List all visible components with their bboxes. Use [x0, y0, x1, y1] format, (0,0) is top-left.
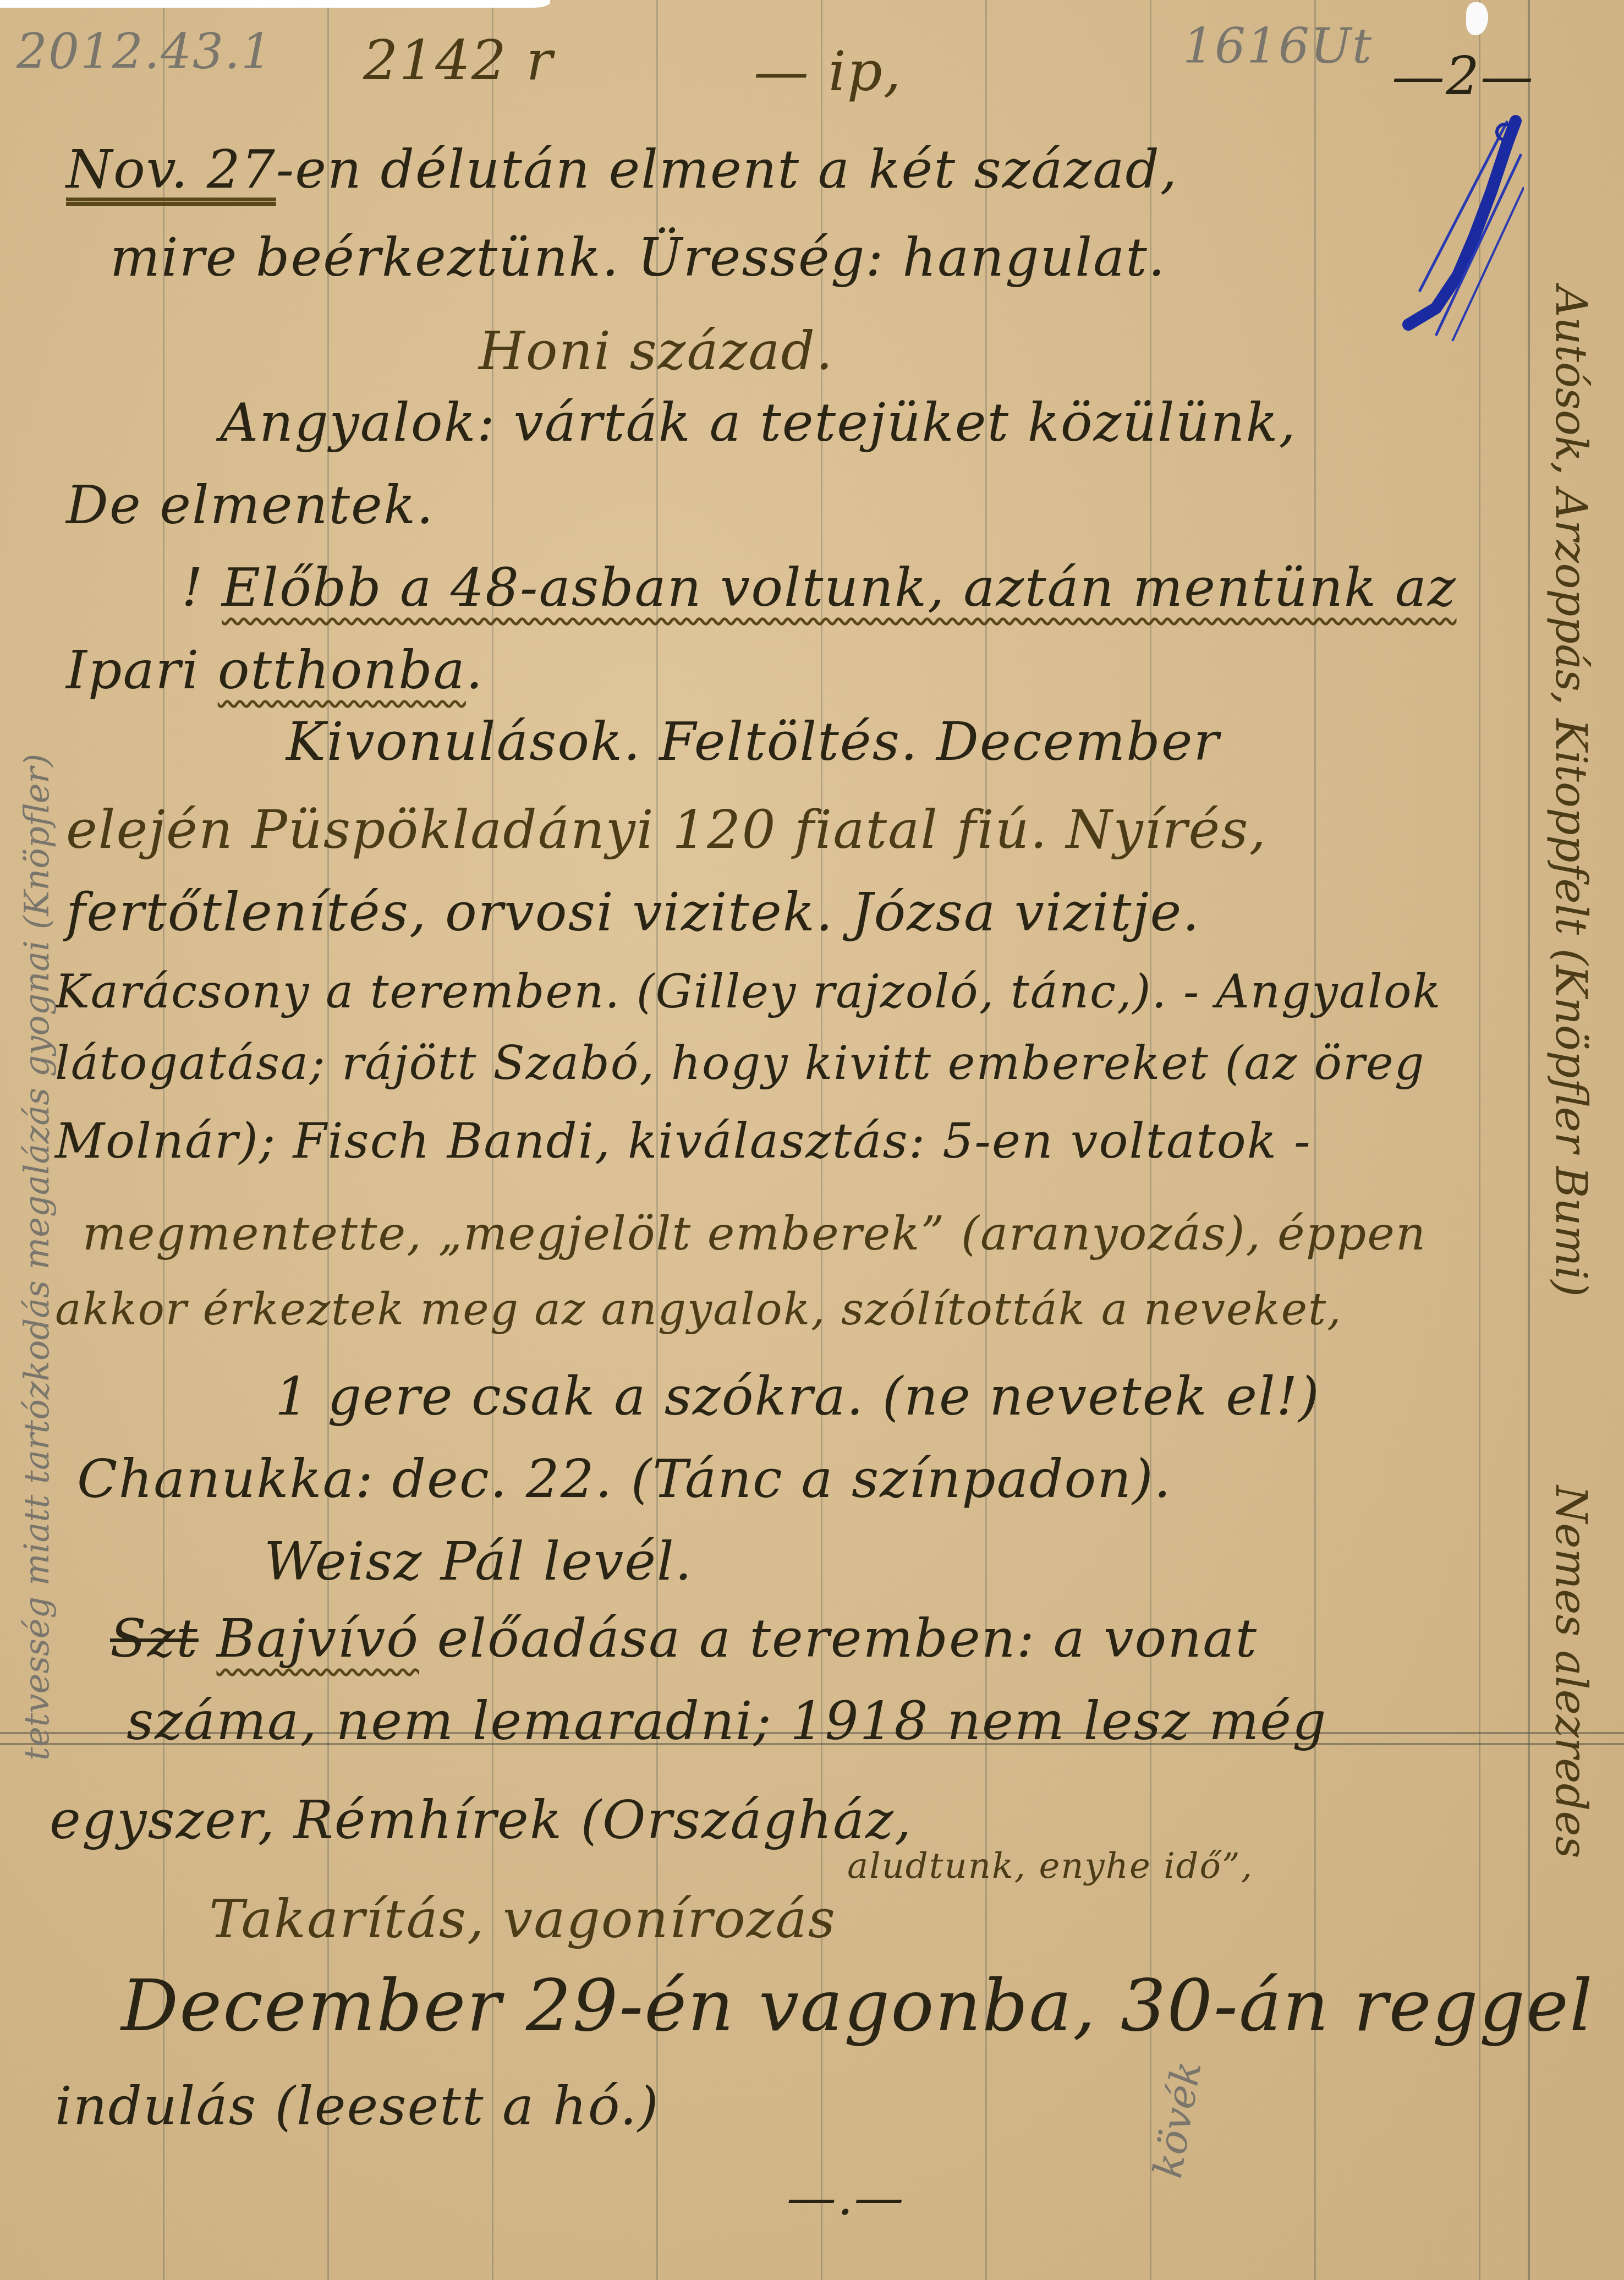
line-19: Szt Bajvívó előadása a teremben: a vonat	[110, 1612, 1258, 1665]
line-22-insert: aludtunk, enyhe idő”,	[847, 1849, 1253, 1884]
right-margin-note-upper: Autósok, Arzoppás, Kitoppfelt (Knöpfler …	[1546, 286, 1595, 1297]
line-22: Takarítás, vagonírozás	[209, 1893, 836, 1945]
line-17: Chanukka: dec. 22. (Tánc a színpadon).	[77, 1453, 1172, 1505]
archive-number: 2012.43.1	[17, 28, 273, 76]
right-margin-note-lower: Nemes alezredes	[1546, 1486, 1595, 1859]
line-3: Honi század.	[479, 325, 833, 377]
line-1: Nov. 27-en délután elment a két század,	[66, 143, 1178, 196]
line-21: egyszer, Rémhírek (Országház,	[50, 1794, 912, 1846]
line-11: Karácsony a teremben. (Gilley rajzoló, t…	[55, 968, 1441, 1015]
closing-mark: —.—	[787, 2173, 905, 2223]
exclamation-mark: !	[182, 557, 204, 618]
left-margin-pencil-note: tetvesség miatt tartózkodás megalázás gy…	[17, 754, 57, 1761]
line-5: De elmentek.	[66, 479, 435, 531]
line-16: 1 gere csak a szókra. (ne nevetek el!)	[275, 1370, 1320, 1423]
line-10: fertőtlenítés, orvosi vizitek. Józsa viz…	[66, 886, 1200, 939]
line-14: megmentette, „megjelölt emberek” (aranyo…	[83, 1210, 1427, 1257]
page-number: —2—	[1392, 50, 1534, 102]
reference-mark: — ip,	[754, 44, 902, 99]
line-12: látogatása; rájött Szabó, hogy kivitt em…	[55, 1040, 1425, 1086]
line-24: indulás (leesett a hó.)	[55, 2080, 660, 2133]
reference-number: 2142 r	[363, 33, 553, 88]
line-9: elején Püspökladányi 120 fiatal fiú. Nyí…	[66, 803, 1267, 856]
line-20: száma, nem lemaradni; 1918 nem lesz még	[127, 1695, 1327, 1747]
date-nov-27: Nov. 27	[66, 139, 276, 200]
line-8: Kivonulások. Feltöltés. December	[286, 715, 1220, 768]
line-4: Angyalok: várták a tetejüket közülünk,	[220, 396, 1297, 449]
line-18: Weisz Pál levél.	[264, 1535, 693, 1588]
line-23: December 29-én vagonba, 30-án reggel	[121, 1970, 1594, 2041]
pencil-code: 1616Ut	[1183, 22, 1373, 70]
struck-out-word: Szt	[110, 1608, 199, 1669]
line-13: Molnár); Fisch Bandi, kiválasztás: 5-en …	[55, 1117, 1312, 1165]
line-6: ! Előbb a 48-asban voltunk, aztán mentün…	[182, 561, 1457, 614]
line-15: akkor érkeztek meg az angyalok, szólítot…	[55, 1287, 1342, 1331]
blue-signature-mark	[1397, 110, 1524, 341]
line-7: Ipari otthonba.	[66, 644, 484, 697]
line-2: mire beérkeztünk. Üresség: hangulat.	[110, 231, 1166, 284]
torn-edge	[0, 0, 550, 8]
margin-rule	[1528, 0, 1530, 2280]
